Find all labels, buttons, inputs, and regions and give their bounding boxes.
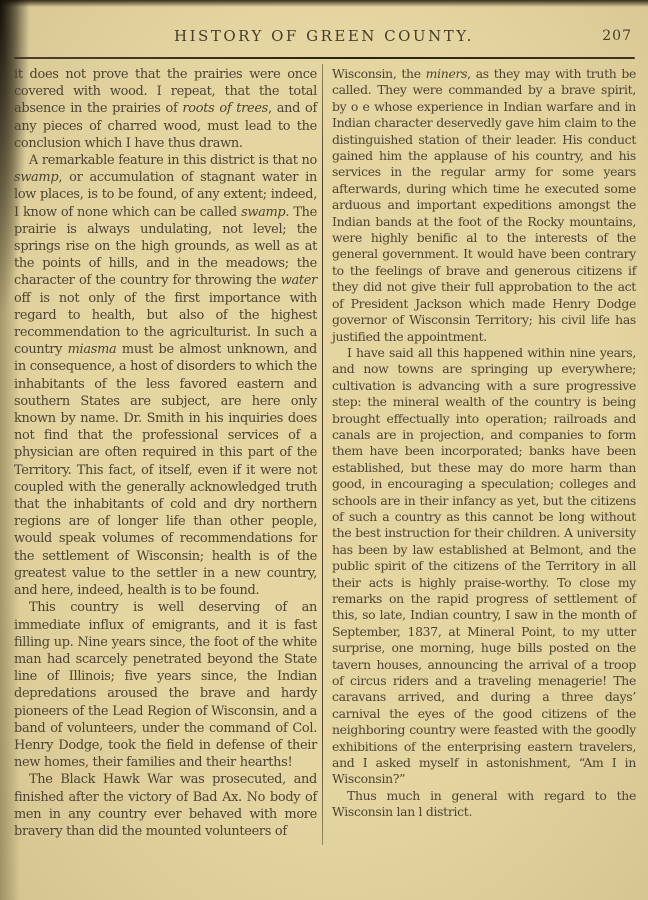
body-text: A remarkable feature in this district is… [29,153,317,168]
italic-text: swamp [241,205,285,220]
book-top-edge-shadow [0,0,648,7]
page-number: 207 [602,28,632,44]
italic-text: water [281,273,317,288]
body-text: Thus much in general with regard to the … [332,788,636,819]
text-columns: it does not prove that the prairies were… [14,66,636,840]
paragraph: I have said all this happened within nin… [332,345,636,788]
body-text: The Black Hawk War was prosecuted, and f… [14,772,317,839]
italic-text: miasma [68,342,117,357]
book-page: { "header": { "title": "HISTORY OF GREEN… [0,0,648,900]
left-column: it does not prove that the prairies were… [14,66,317,840]
header-rule [14,57,635,59]
body-text: must be almost unknown, and in consequen… [14,342,317,598]
paragraph: A remarkable feature in this district is… [14,152,317,599]
paragraph: This country is well deserving of an imm… [14,599,317,771]
paragraph: Wisconsin, the miners, as they may with … [332,66,636,345]
running-head: HISTORY OF GREEN COUNTY. 207 [14,27,634,49]
paragraph: Thus much in general with regard to the … [332,788,636,821]
body-text: Wisconsin, the [332,66,426,81]
paragraph: The Black Hawk War was prosecuted, and f… [14,771,317,840]
paragraph: it does not prove that the prairies were… [14,66,317,152]
body-text: This country is well deserving of an imm… [14,600,317,770]
body-text: , as they may with truth be called. They… [332,66,636,344]
body-text: I have said all this happened within nin… [332,345,636,787]
page-title: HISTORY OF GREEN COUNTY. [14,27,634,45]
italic-text: roots of trees [182,101,268,116]
right-column: Wisconsin, the miners, as they may with … [332,66,636,840]
italic-text: miners [426,66,468,81]
italic-text: swamp [14,170,58,185]
column-divider-rule [322,64,323,845]
